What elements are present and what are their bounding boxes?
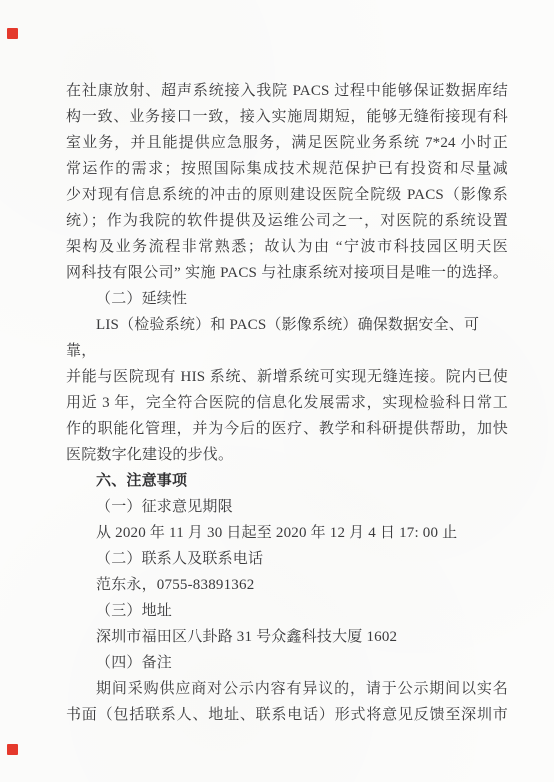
section-heading-notes: 六、注意事项 [66,468,508,494]
paragraph-line: 架构及业务流程非常熟悉；故认为由 “宁波市科技园区明天医 [66,234,508,260]
paragraph-line: 并能与医院现有 HIS 系统、新增系统可实现无缝连接。院内已使 [66,364,508,390]
subsection-heading-remarks: （四）备注 [66,650,508,676]
subsection-heading-deadline: （一）征求意见期限 [66,494,508,520]
address-line: 深圳市福田区八卦路 31 号众鑫科技大厦 1602 [66,624,508,650]
paragraph-line: 室业务，并且能提供应急服务，满足医院业务系统 7*24 小时正 [66,130,508,156]
deadline-line: 从 2020 年 11 月 30 日起至 2020 年 12 月 4 日 17:… [66,520,508,546]
paragraph-line: 用近 3 年，完全符合医院的信息化发展需求，实现检验科日常工 [66,390,508,416]
document-body: 在社康放射、超声系统接入我院 PACS 过程中能够保证数据库结 构一致、业务接口… [66,78,508,728]
document-page: 在社康放射、超声系统接入我院 PACS 过程中能够保证数据库结 构一致、业务接口… [0,0,554,782]
paragraph-line: 网科技有限公司” 实施 PACS 与社康系统对接项目是唯一的选择。 [66,260,508,286]
paragraph-line: 期间采购供应商对公示内容有异议的，请于公示期间以实名 [66,676,508,702]
contact-line: 范东永，0755-83891362 [66,572,508,598]
subsection-heading-contact: （二）联系人及联系电话 [66,546,508,572]
paragraph-line: 医院数字化建设的步伐。 [66,442,508,468]
paragraph-line: 在社康放射、超声系统接入我院 PACS 过程中能够保证数据库结 [66,78,508,104]
paragraph-line: 书面（包括联系人、地址、联系电话）形式将意见反馈至深圳市 [66,702,508,728]
paragraph-line: 统）；作为我院的软件提供及运维公司之一，对医院的系统设置 [66,208,508,234]
paragraph-line: 构一致、业务接口一致，接入实施周期短，能够无缝衔接现有科 [66,104,508,130]
subsection-heading-address: （三）地址 [66,598,508,624]
paragraph-line: 常运作的需求；按照国际集成技术规范保护已有投资和尽量减 [66,156,508,182]
paragraph-line: 少对现有信息系统的冲击的原则建设医院全院级 PACS（影像系 [66,182,508,208]
subsection-heading-continuity: （二）延续性 [66,286,508,312]
red-registration-mark-top [7,28,18,39]
paragraph-line: LIS（检验系统）和 PACS（影像系统）确保数据安全、可靠， [66,312,508,364]
paragraph-line: 作的职能化管理，并为今后的医疗、教学和科研提供帮助，加快 [66,416,508,442]
red-registration-mark-bottom [7,744,18,755]
